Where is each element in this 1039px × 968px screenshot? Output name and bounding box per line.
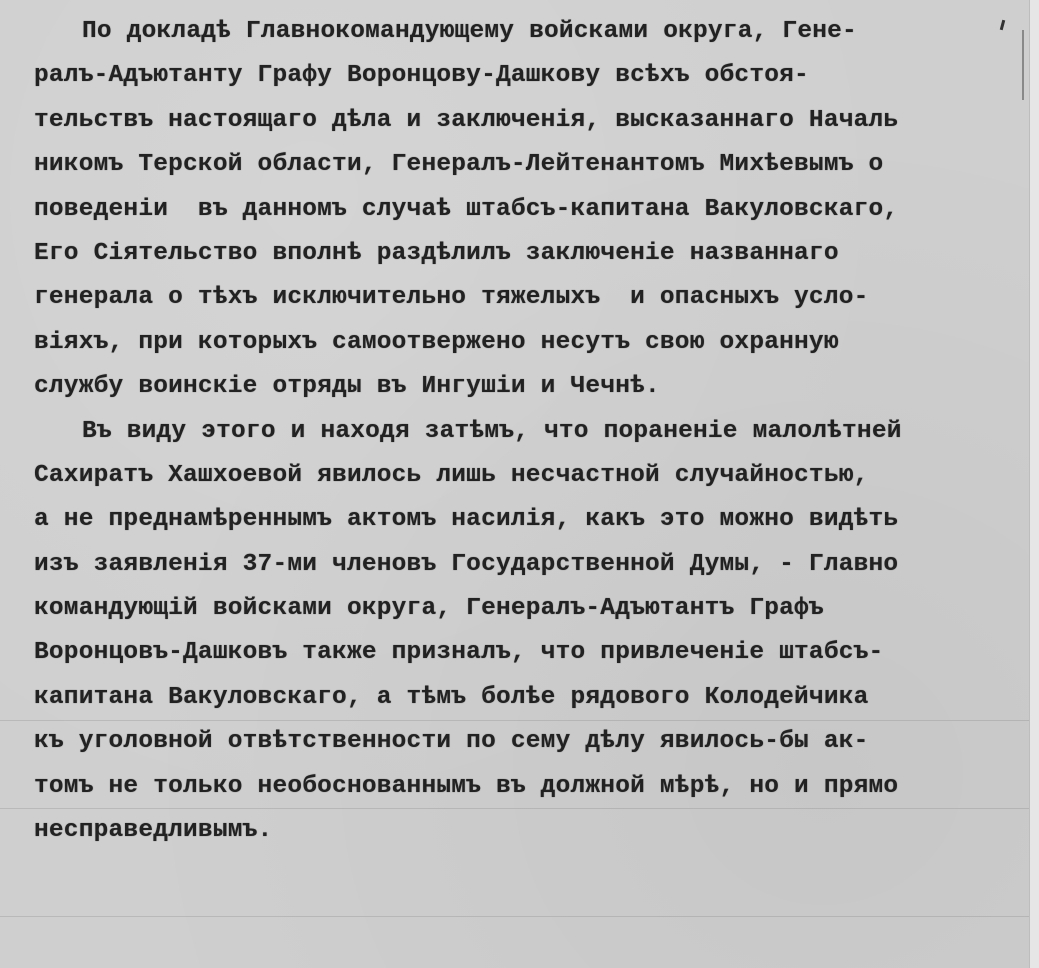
text-line: віяхъ, при которыхъ самоотвержено несутъ… — [34, 321, 1024, 365]
document-body: По докладѣ Главнокомандующему войсками о… — [34, 10, 1024, 853]
text-line: Сахиратъ Хашхоевой явилось лишь несчастн… — [34, 454, 1024, 498]
text-line: Воронцовъ-Дашковъ также призналъ, что пр… — [34, 631, 1024, 675]
paragraph-2: Въ виду этого и находя затѣмъ, что поран… — [34, 410, 1024, 854]
text-line: Его Сіятельство вполнѣ раздѣлилъ заключе… — [34, 232, 1024, 276]
text-line: генерала о тѣхъ исключительно тяжелыхъ и… — [34, 276, 1024, 320]
scanned-document-page: По докладѣ Главнокомандующему войсками о… — [0, 0, 1030, 968]
text-line: По докладѣ Главнокомандующему войсками о… — [34, 10, 1024, 54]
text-line: поведеніи въ данномъ случаѣ штабсъ-капит… — [34, 188, 1024, 232]
text-line: никомъ Терской области, Генералъ-Лейтена… — [34, 143, 1024, 187]
text-line: командующій войсками округа, Генералъ-Ад… — [34, 587, 1024, 631]
text-line: томъ не только необоснованнымъ въ должно… — [34, 765, 1024, 809]
text-line: къ уголовной отвѣтственности по сему дѣл… — [34, 720, 1024, 764]
text-line: капитана Вакуловскаго, а тѣмъ болѣе рядо… — [34, 676, 1024, 720]
text-line: ралъ-Адъютанту Графу Воронцову-Дашкову в… — [34, 54, 1024, 98]
text-line: Въ виду этого и находя затѣмъ, что поран… — [34, 410, 1024, 454]
text-line: тельствъ настоящаго дѣла и заключенія, в… — [34, 99, 1024, 143]
paragraph-1: По докладѣ Главнокомандующему войсками о… — [34, 10, 1024, 410]
text-line: несправедливымъ. — [34, 809, 1024, 853]
scan-artifact-line — [0, 916, 1030, 917]
text-line: изъ заявленія 37-ми членовъ Государствен… — [34, 543, 1024, 587]
text-line: службу воинскіе отряды въ Ингушіи и Чечн… — [34, 365, 1024, 409]
text-line: а не преднамѣреннымъ актомъ насилія, как… — [34, 498, 1024, 542]
scan-edge-strip — [1029, 0, 1039, 968]
